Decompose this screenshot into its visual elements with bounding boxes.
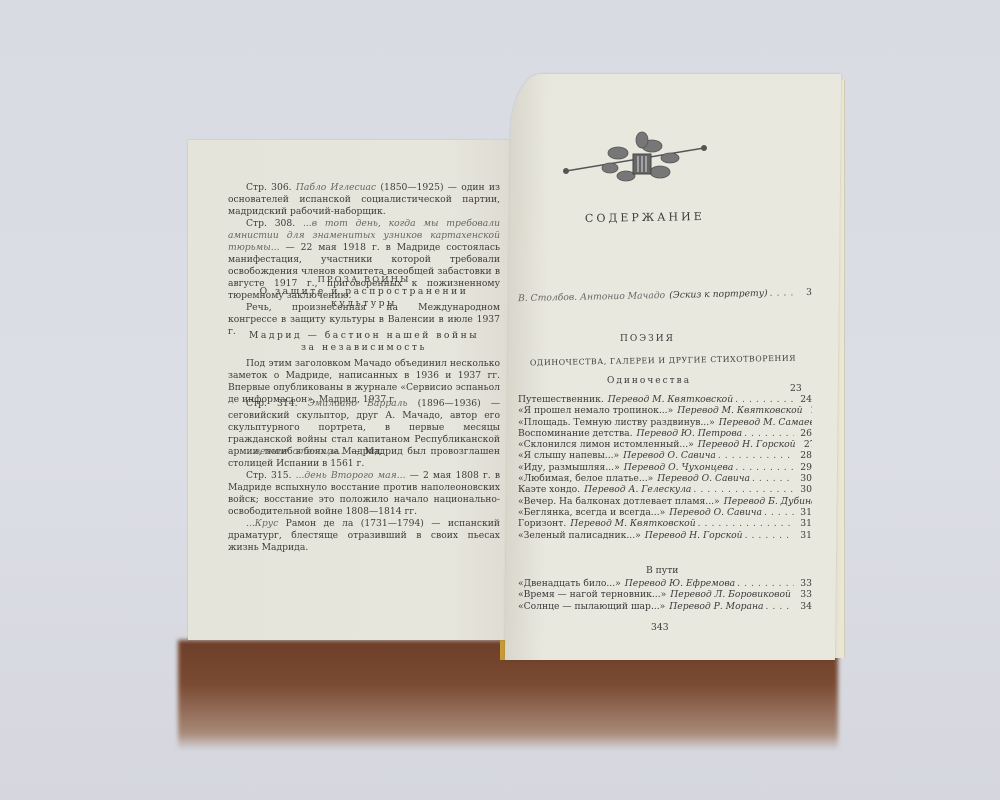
toc-entry-page: 30 [796, 473, 812, 484]
toc-entry: «Я прошел немало тропинок...»Перевод М. … [518, 405, 812, 416]
toc-entry: «Солнце — пылающий шар...»Перевод Р. Мор… [518, 601, 812, 612]
toc-entry-translator: Перевод Ю. Петрова [637, 428, 743, 439]
toc-entry-translator: Перевод А. Гелескула [584, 484, 691, 495]
toc-entry: Горизонт.Перевод М. Квятковской.........… [518, 518, 812, 529]
toc-entry-title: Каэте хондо. [518, 484, 580, 495]
toc-entry-page: 33 [796, 578, 812, 589]
toc-entry: «Любимая, белое платье...»Перевод О. Сав… [518, 473, 812, 484]
toc-entry: Путешественник.Перевод М. Квятковской...… [518, 394, 812, 405]
toc-entry: «Беглянка, всегда и всегда...»Перевод О.… [518, 507, 812, 518]
section-title-prose: ПРОЗА ВОЙНЫ [228, 274, 500, 286]
section-title-solitudes: Одиночества [607, 375, 691, 387]
toc-entry-title: «Иду, размышляя...» [518, 462, 620, 473]
toc-entry-page: 29 [796, 462, 812, 473]
leader-dots: .............................. [745, 530, 794, 541]
note-315: Стр. 315. ...день Второго мая... — 2 мая… [228, 470, 500, 518]
toc-entry-title: «Площадь. Темную листву раздвинув...» [518, 417, 715, 428]
toc-entry-translator: Перевод М. Квятковской [608, 394, 733, 405]
toc-entry-translator: Перевод Л. Боровиковой [670, 589, 791, 600]
toc-entry-page: 25 [807, 405, 812, 416]
note-cruz: ...Крус Рамон де ла (1731—1794) — испанс… [228, 518, 500, 554]
toc-entry-translator: Перевод Р. Морана [669, 601, 763, 612]
subsection-madrid-1: Мадрид — бастион нашей войны [228, 330, 500, 342]
toc-entry-title: «Я слышу напевы...» [518, 450, 619, 461]
toc-entry: «Вечер. На балконах дотлевает пламя...»П… [518, 496, 812, 507]
toc-entry-page: 30 [796, 484, 812, 495]
toc-entry-translator: Перевод М. Самаева [719, 417, 812, 428]
toc-entry-title: Горизонт. [518, 518, 566, 529]
toc-entry: «Зеленый палисадник...»Перевод Н. Горско… [518, 530, 812, 541]
toc-entry: «Я слышу напевы...»Перевод О. Савича....… [518, 450, 812, 461]
leader-dots: .............................. [693, 484, 794, 495]
toc-entry-page: 31 [796, 518, 812, 529]
toc-entry-page: 24 [796, 394, 812, 405]
toc-entry-translator: Перевод М. Квятковской [570, 518, 695, 529]
page-number: 343 [651, 622, 669, 634]
toc-entry-page: 31 [796, 507, 812, 518]
toc-entry: «Склонился лимон истомленный...»Перевод … [518, 439, 812, 450]
toc-entry: «Время — нагой терновник...»Перевод Л. Б… [518, 589, 812, 600]
toc-entry-page: 34 [796, 601, 812, 612]
contents-title: СОДЕРЖАНИЕ [585, 211, 705, 225]
note-capital: ...веянье столицы... — Мадрид был провоз… [228, 446, 500, 470]
toc-entry-translator: Перевод Ю. Ефремова [625, 578, 735, 589]
leader-dots: .............................. [718, 450, 794, 461]
toc-entry-page: 27 [800, 439, 812, 450]
toc-entry-translator: Перевод Б. Дубина [724, 496, 812, 507]
leader-dots: .............................. [744, 428, 794, 439]
lyre-ornament-icon [560, 128, 710, 188]
section-title-on-the-road: В пути [646, 565, 678, 577]
toc-entry-title: «Беглянка, всегда и всегда...» [518, 507, 665, 518]
toc-entry-translator: Перевод М. Квятковской [677, 405, 802, 416]
toc-entry-title: «Зеленый палисадник...» [518, 530, 641, 541]
toc-entry-page: 28 [796, 450, 812, 461]
leader-dots: .............................. [735, 394, 794, 405]
subsection-madrid-2: за независимость [228, 342, 500, 354]
toc-entry-translator: Перевод О. Савича [657, 473, 750, 484]
leader-dots: .............................. [698, 518, 794, 529]
toc-entry-title: «Время — нагой терновник...» [518, 589, 666, 600]
toc-entry-title: «Любимая, белое платье...» [518, 473, 653, 484]
toc-entry-title: «Солнце — пылающий шар...» [518, 601, 665, 612]
toc-entry-title: «Двенадцать било...» [518, 578, 621, 589]
leader-dots: .............................. [764, 507, 794, 518]
toc-solitudes: Путешественник.Перевод М. Квятковской...… [518, 394, 812, 541]
toc-entry-translator: Перевод О. Савича [623, 450, 716, 461]
toc-entry-page: 31 [796, 530, 812, 541]
leader-dots: .............................. [735, 462, 794, 473]
leader-dots: .............................. [793, 589, 794, 600]
toc-entry: Воспоминание детства.Перевод Ю. Петрова.… [518, 428, 812, 439]
toc-entry-translator: Перевод О. Савича [669, 507, 762, 518]
leader-dots: .............................. [752, 473, 794, 484]
toc-entry-title: Путешественник. [518, 394, 604, 405]
leader-dots: .............................. [766, 601, 794, 612]
toc-on-the-road: «Двенадцать било...»Перевод Ю. Ефремова.… [518, 578, 812, 612]
toc-entry-translator: Перевод Н. Горской [645, 530, 743, 541]
toc-entry-title: Воспоминание детства. [518, 428, 633, 439]
toc-entry: Каэте хондо.Перевод А. Гелескула........… [518, 484, 812, 495]
toc-entry: «Площадь. Темную листву раздвинув...»Пер… [518, 417, 812, 428]
toc-entry-title: «Вечер. На балконах дотлевает пламя...» [518, 496, 720, 507]
note-306: Стр. 306. Пабло Иглесиас (1850—1925) — о… [228, 182, 500, 218]
part-title-poetry: ПОЭЗИЯ [620, 333, 675, 345]
toc-entry: «Иду, размышляя...»Перевод О. Чухонцева.… [518, 462, 812, 473]
toc-entry-translator: Перевод Н. Горской [698, 439, 796, 450]
toc-entry: «Двенадцать било...»Перевод Ю. Ефремова.… [518, 578, 812, 589]
toc-entry-title: «Я прошел немало тропинок...» [518, 405, 673, 416]
leader-dots: .............................. [737, 578, 794, 589]
toc-entry-page: 26 [796, 428, 812, 439]
toc-entry-page: 33 [796, 589, 812, 600]
toc-entry-translator: Перевод О. Чухонцева [624, 462, 734, 473]
toc-entry-title: «Склонился лимон истомленный...» [518, 439, 694, 450]
